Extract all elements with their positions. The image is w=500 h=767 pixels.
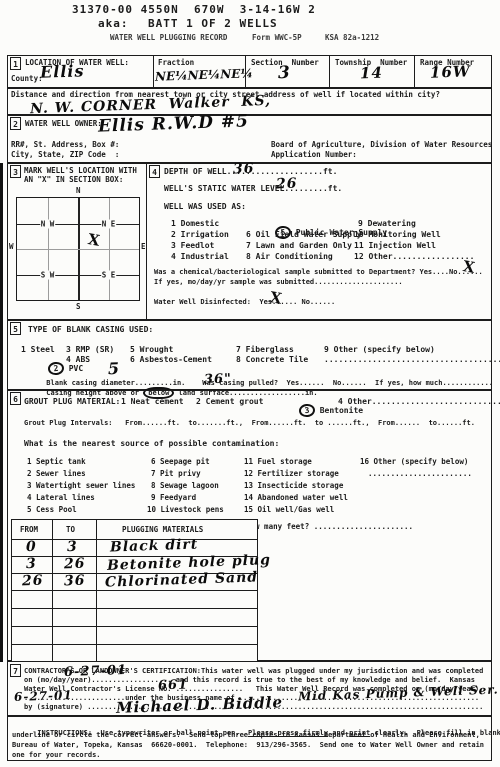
contam-13: 13 Insecticide storage [244,482,343,491]
license-number-value: 661 [158,678,189,692]
casing-option-rmp: 3 RMP (SR) [66,345,114,354]
contam-12: 12 Fertilizer storage [244,470,339,479]
contam-11: 11 Fuel storage [244,458,312,467]
table-row-3-from: 26 [22,574,44,589]
contam-4: 4 Lateral lines [27,494,95,503]
static-water-level-line: WELL'S STATIC WATER LEVEL.........ft. [164,184,342,193]
owner-value: Ellis R.W.D #5 [98,113,249,135]
section-1-location: 1 LOCATION OF WATER WELL: County: Ellis … [7,55,492,88]
table-row-3-material: Chlorinated Sand [105,570,259,589]
table-row-1-from: 0 [26,540,37,554]
grid-label-south: S [76,303,81,312]
grid-label-west: W [9,243,14,252]
chemical-sample-question: Was a chemical/bacteriological sample su… [154,268,483,276]
section-2-number: 2 [10,117,21,130]
contamination-title: What is the nearest source of possible c… [24,439,279,448]
disinfected-yes-x-mark: X [269,290,283,307]
contam-7: 7 Pit privy [151,470,201,479]
owner-label: WATER WELL OWNER: [25,120,102,129]
contam-16-dots: ....................... [368,470,472,479]
table-header-to: TO [66,526,75,535]
well-used-as-title: WELL WAS USED AS: [164,202,246,211]
township-number-value: 14 [360,66,383,82]
grid-label-se: S E [101,270,117,279]
grout-option-neat-cement: 1 Neat cement [121,397,184,406]
casing-height-value: 36" [204,373,232,387]
used-as-option-2: 2 Irrigation [171,230,229,239]
casing-option-wrought: 5 Wrought [130,345,173,354]
grout-intervals-line: Grout Plug Intervals: From......ft. to..… [24,419,475,427]
table-row-3-to: 36 [64,574,86,589]
grout-option-other: 4 Other........................... [338,397,500,406]
contam-15: 15 Oil well/Gas well [244,506,334,515]
disinfected-line: Water Well Disinfected: Yes...... No....… [154,298,335,306]
contam-8: 8 Sewage lagoon [151,482,219,491]
bentonite-circle: 3 [298,403,315,418]
contam-1: 1 Septic tank [27,458,86,467]
section-box-grid: N W N E S W S E X [16,197,140,301]
section-5-number: 5 [10,322,21,335]
contam-16: 16 Other (specify below) [360,458,468,467]
section-6-number: 6 [10,392,21,405]
signature-value: Michael D. Biddle [116,695,283,716]
instructions-line-2: underline or circle the correct answers.… [12,731,480,739]
table-row-1-material: Black dirt [110,537,199,554]
table-row-2-from: 3 [26,557,37,571]
form-title: WATER WELL PLUGGING RECORD [110,34,227,43]
contam-10: 10 Livestock pens [147,506,224,515]
grid-label-east: E [141,243,146,252]
table-row-1-to: 3 [67,540,78,554]
county-value: Ellis [40,63,85,81]
used-as-option-1: 1 Domestic [171,219,219,228]
grid-label-sw: S W [40,270,56,279]
used-as-option-10: 10 Monitoring Well [354,230,441,239]
grout-title: GROUT PLUG MATERIAL: [24,397,120,406]
casing-diameter-value: 5 [108,361,121,377]
section-5-casing: 5 TYPE OF BLANK CASING USED: 1 Steel 3 R… [7,320,492,390]
contam-9: 9 Feedyard [151,494,196,503]
table-header-from: FROM [20,526,38,535]
distance-direction-row: Distance and direction from nearest town… [7,88,492,115]
section-3-4-row: 3 MARK WELL'S LOCATION WITH AN "X" IN SE… [7,163,492,320]
chemical-sample-no-x-mark: X [462,259,476,276]
contam-14: 14 Abandoned water well [244,494,348,503]
date-plugged-value: 6-27-01 [64,664,127,679]
contam-6: 6 Seepage pit [151,458,210,467]
casing-option-steel: 1 Steel [21,345,55,354]
section-4-number: 4 [149,165,160,178]
section-1-number: 1 [10,57,21,70]
contam-5: 5 Cess Pool [27,506,77,515]
contam-3: 3 Watertight sewer lines [27,482,135,491]
casing-option-fiberglass: 7 Fiberglass [236,345,294,354]
casing-option-other: 9 Other (specify below) [324,345,435,354]
grid-label-nw: N W [40,219,56,228]
water-well-plugging-record-form: 31370-00 4550N 670W 3-14-16W 2 aka: BATT… [0,0,500,767]
table-header-materials: PLUGGING MATERIALS [122,526,203,535]
used-as-option-12: 12 Other................. [354,252,474,261]
date-completed-value: 6-27-01 [14,689,73,703]
casing-other-dots: ........................................ [324,355,500,364]
used-as-option-7: 7 Lawn and Garden Only [246,241,352,250]
instructions-box: INSTRUCTIONS: Use typewriter or ball poi… [7,716,492,761]
casing-option-asbestos: 6 Asbestos-Cement [130,355,212,364]
aka-value: BATT 1 OF 2 WELLS [148,18,278,31]
aka-label: aka: [98,18,129,31]
form-number: Form WWC-5P [252,34,302,43]
address-line1-label: RR#, St. Address, Box #: [11,141,119,150]
table-row-2-to: 26 [64,557,86,572]
used-as-option-3: 3 Feedlot [171,241,214,250]
address-line2-label: City, State, ZIP Code : [11,151,119,160]
scan-edge-artifact [0,163,3,662]
casing-option-concrete: 8 Concrete Tile [236,355,308,364]
used-as-option-4: 4 Industrial [171,252,229,261]
range-number-value: 16W [430,64,471,80]
used-as-option-11: 11 Injection Well [354,241,436,250]
grid-label-north: N [76,187,81,196]
section-3-number: 3 [10,165,21,178]
grout-option-cement-grout: 2 Cement grout [196,397,263,406]
section-2-owner: 2 WATER WELL OWNER: Ellis R.W.D #5 RR#, … [7,115,492,163]
statute-number: KSA 82a-1212 [325,34,379,43]
well-code-line: 31370-00 4550N 670W 3-14-16W 2 [72,4,316,17]
casing-title: TYPE OF BLANK CASING USED: [28,325,153,334]
well-location-x-mark: X [87,232,101,249]
section-7-number: 7 [10,664,21,677]
section-number-value: 3 [278,65,291,82]
how-many-feet-line: How many feet? ...................... [246,523,413,532]
instructions-line-4: one for your records. [12,751,101,759]
used-as-option-9: 9 Dewatering [358,219,416,228]
board-of-agriculture-label: Board of Agriculture, Division of Water … [271,141,492,150]
plugging-materials-table: FROM TO PLUGGING MATERIALS 0 3 Black dir… [11,519,258,661]
used-as-option-6: 6 Oil Field Water Supply [246,230,362,239]
instructions-line-3: Bureau of Water, Topeka, Kansas 66620-00… [12,741,484,749]
county-label: County: [11,75,43,84]
casing-option-abs: 4 ABS [66,355,90,364]
application-number-label: Application Number: [271,151,357,160]
section-6-grout: 6 GROUT PLUG MATERIAL: 1 Neat cement 2 C… [7,390,492,661]
used-as-option-8: 8 Air Conditioning [246,252,333,261]
sample-date-line: If yes, mo/day/yr sample was submitted..… [154,278,403,286]
section-7-certification: 7 CONTRACTOR'S OR LANDOWNER'S CERTIFICAT… [7,661,492,716]
contam-2: 2 Sewer lines [27,470,86,479]
depth-of-well-value: 36 [233,162,255,177]
section-3-title-line2: AN "X" IN SECTION BOX: [24,176,123,185]
static-water-level-value: 26 [276,177,298,192]
grid-label-ne: N E [101,219,117,228]
fraction-value: NE¼NE¼NE¼ [155,67,253,82]
fraction-label: Fraction [158,59,194,68]
